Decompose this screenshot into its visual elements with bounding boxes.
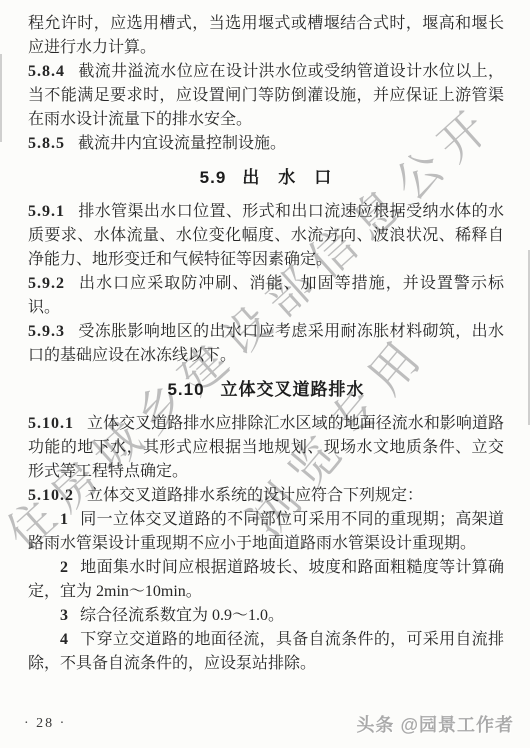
paragraph-text: 同一立体交叉道路的不同部位可采用不同的重现期；高架道路雨水管渠设计重现期不应小于… — [28, 511, 504, 552]
item-number: 2 — [60, 559, 68, 576]
scan-edge-artifact-left — [0, 54, 2, 142]
page-number: · 28 · — [24, 716, 66, 732]
clause-paragraph: 5.10.2立体交叉道路排水系统的设计应符合下列规定： — [28, 484, 504, 508]
paragraph-text: 立体交叉道路排水系统的设计应符合下列规定： — [87, 487, 423, 504]
clause-paragraph: 5.10.1立体交叉道路排水应排除汇水区域的地面径流水和影响道路功能的地下水，其… — [28, 412, 504, 484]
clause-number: 5.9.1 — [28, 203, 65, 220]
paragraph-text: 受冻胀影响地区的出水口应考虑采用耐冻胀材料砌筑，出水口的基础应设在冰冻线以下。 — [28, 323, 504, 364]
paragraph-text: 截流井内宜设流量控制设施。 — [78, 135, 286, 152]
item-number: 1 — [60, 511, 68, 528]
paragraph-text: 地面集水时间应根据道路坡长、坡度和路面粗糙度等计算确定，宜为 2min～10mi… — [28, 559, 504, 600]
document-page: 住房城乡建设部信息公开 浏览专用 程允许时，应选用槽式，当选用堰式或槽堰结合式时… — [0, 0, 530, 748]
section-title: 出 水 口 — [242, 168, 332, 187]
page-content: 程允许时，应选用槽式，当选用堰式或槽堰结合式时，堰高和堰长应进行水力计算。5.8… — [28, 12, 504, 676]
section-heading: 5.10立体交叉道路排水 — [28, 378, 504, 402]
section-number: 5.9 — [200, 168, 227, 187]
list-item: 4下穿立交道路的地面径流，具备自流条件的，可采用自流排除，不具备自流条件的，应设… — [28, 628, 504, 676]
section-number: 5.10 — [167, 380, 204, 399]
paragraph-text: 截流井溢流水位应在设计洪水位或受纳管道设计水位以上，当不能满足要求时，应设置闸门… — [28, 63, 504, 128]
clause-number: 5.10.2 — [28, 487, 74, 504]
body-paragraph: 程允许时，应选用槽式，当选用堰式或槽堰结合式时，堰高和堰长应进行水力计算。 — [28, 12, 504, 60]
clause-number: 5.9.3 — [28, 323, 65, 340]
toutiao-watermark-badge: 头条 @园景工作者 — [356, 711, 514, 737]
clause-number: 5.10.1 — [28, 415, 74, 432]
paragraph-text: 出水口应采取防冲刷、消能、加固等措施，并设置警示标识。 — [28, 275, 504, 316]
clause-paragraph: 5.8.5截流井内宜设流量控制设施。 — [28, 132, 504, 156]
clause-paragraph: 5.9.1排水管渠出水口位置、形式和出口流速应根据受纳水体的水质要求、水体流量、… — [28, 200, 504, 272]
clause-paragraph: 5.9.2出水口应采取防冲刷、消能、加固等措施，并设置警示标识。 — [28, 272, 504, 320]
clause-paragraph: 5.8.4截流井溢流水位应在设计洪水位或受纳管道设计水位以上，当不能满足要求时，… — [28, 60, 504, 132]
section-title: 立体交叉道路排水 — [221, 380, 365, 399]
paragraph-text: 综合径流系数宜为 0.9～1.0。 — [80, 607, 284, 624]
paragraph-text: 排水管渠出水口位置、形式和出口流速应根据受纳水体的水质要求、水体流量、水位变化幅… — [28, 203, 504, 268]
paragraph-text: 下穿立交道路的地面径流，具备自流条件的，可采用自流排除，不具备自流条件的，应设泵… — [28, 631, 504, 672]
paragraph-text: 立体交叉道路排水应排除汇水区域的地面径流水和影响道路功能的地下水，其形式应根据当… — [28, 415, 504, 480]
list-item: 2地面集水时间应根据道路坡长、坡度和路面粗糙度等计算确定，宜为 2min～10m… — [28, 556, 504, 604]
clause-paragraph: 5.9.3受冻胀影响地区的出水口应考虑采用耐冻胀材料砌筑，出水口的基础应设在冰冻… — [28, 320, 504, 368]
item-number: 3 — [60, 607, 68, 624]
paragraph-text: 程允许时，应选用槽式，当选用堰式或槽堰结合式时，堰高和堰长应进行水力计算。 — [28, 15, 504, 56]
section-heading: 5.9出 水 口 — [28, 166, 504, 190]
list-item: 3综合径流系数宜为 0.9～1.0。 — [28, 604, 504, 628]
clause-number: 5.8.4 — [28, 63, 65, 80]
clause-number: 5.8.5 — [28, 135, 65, 152]
item-number: 4 — [60, 631, 68, 648]
list-item: 1同一立体交叉道路的不同部位可采用不同的重现期；高架道路雨水管渠设计重现期不应小… — [28, 508, 504, 556]
clause-number: 5.9.2 — [28, 275, 65, 292]
